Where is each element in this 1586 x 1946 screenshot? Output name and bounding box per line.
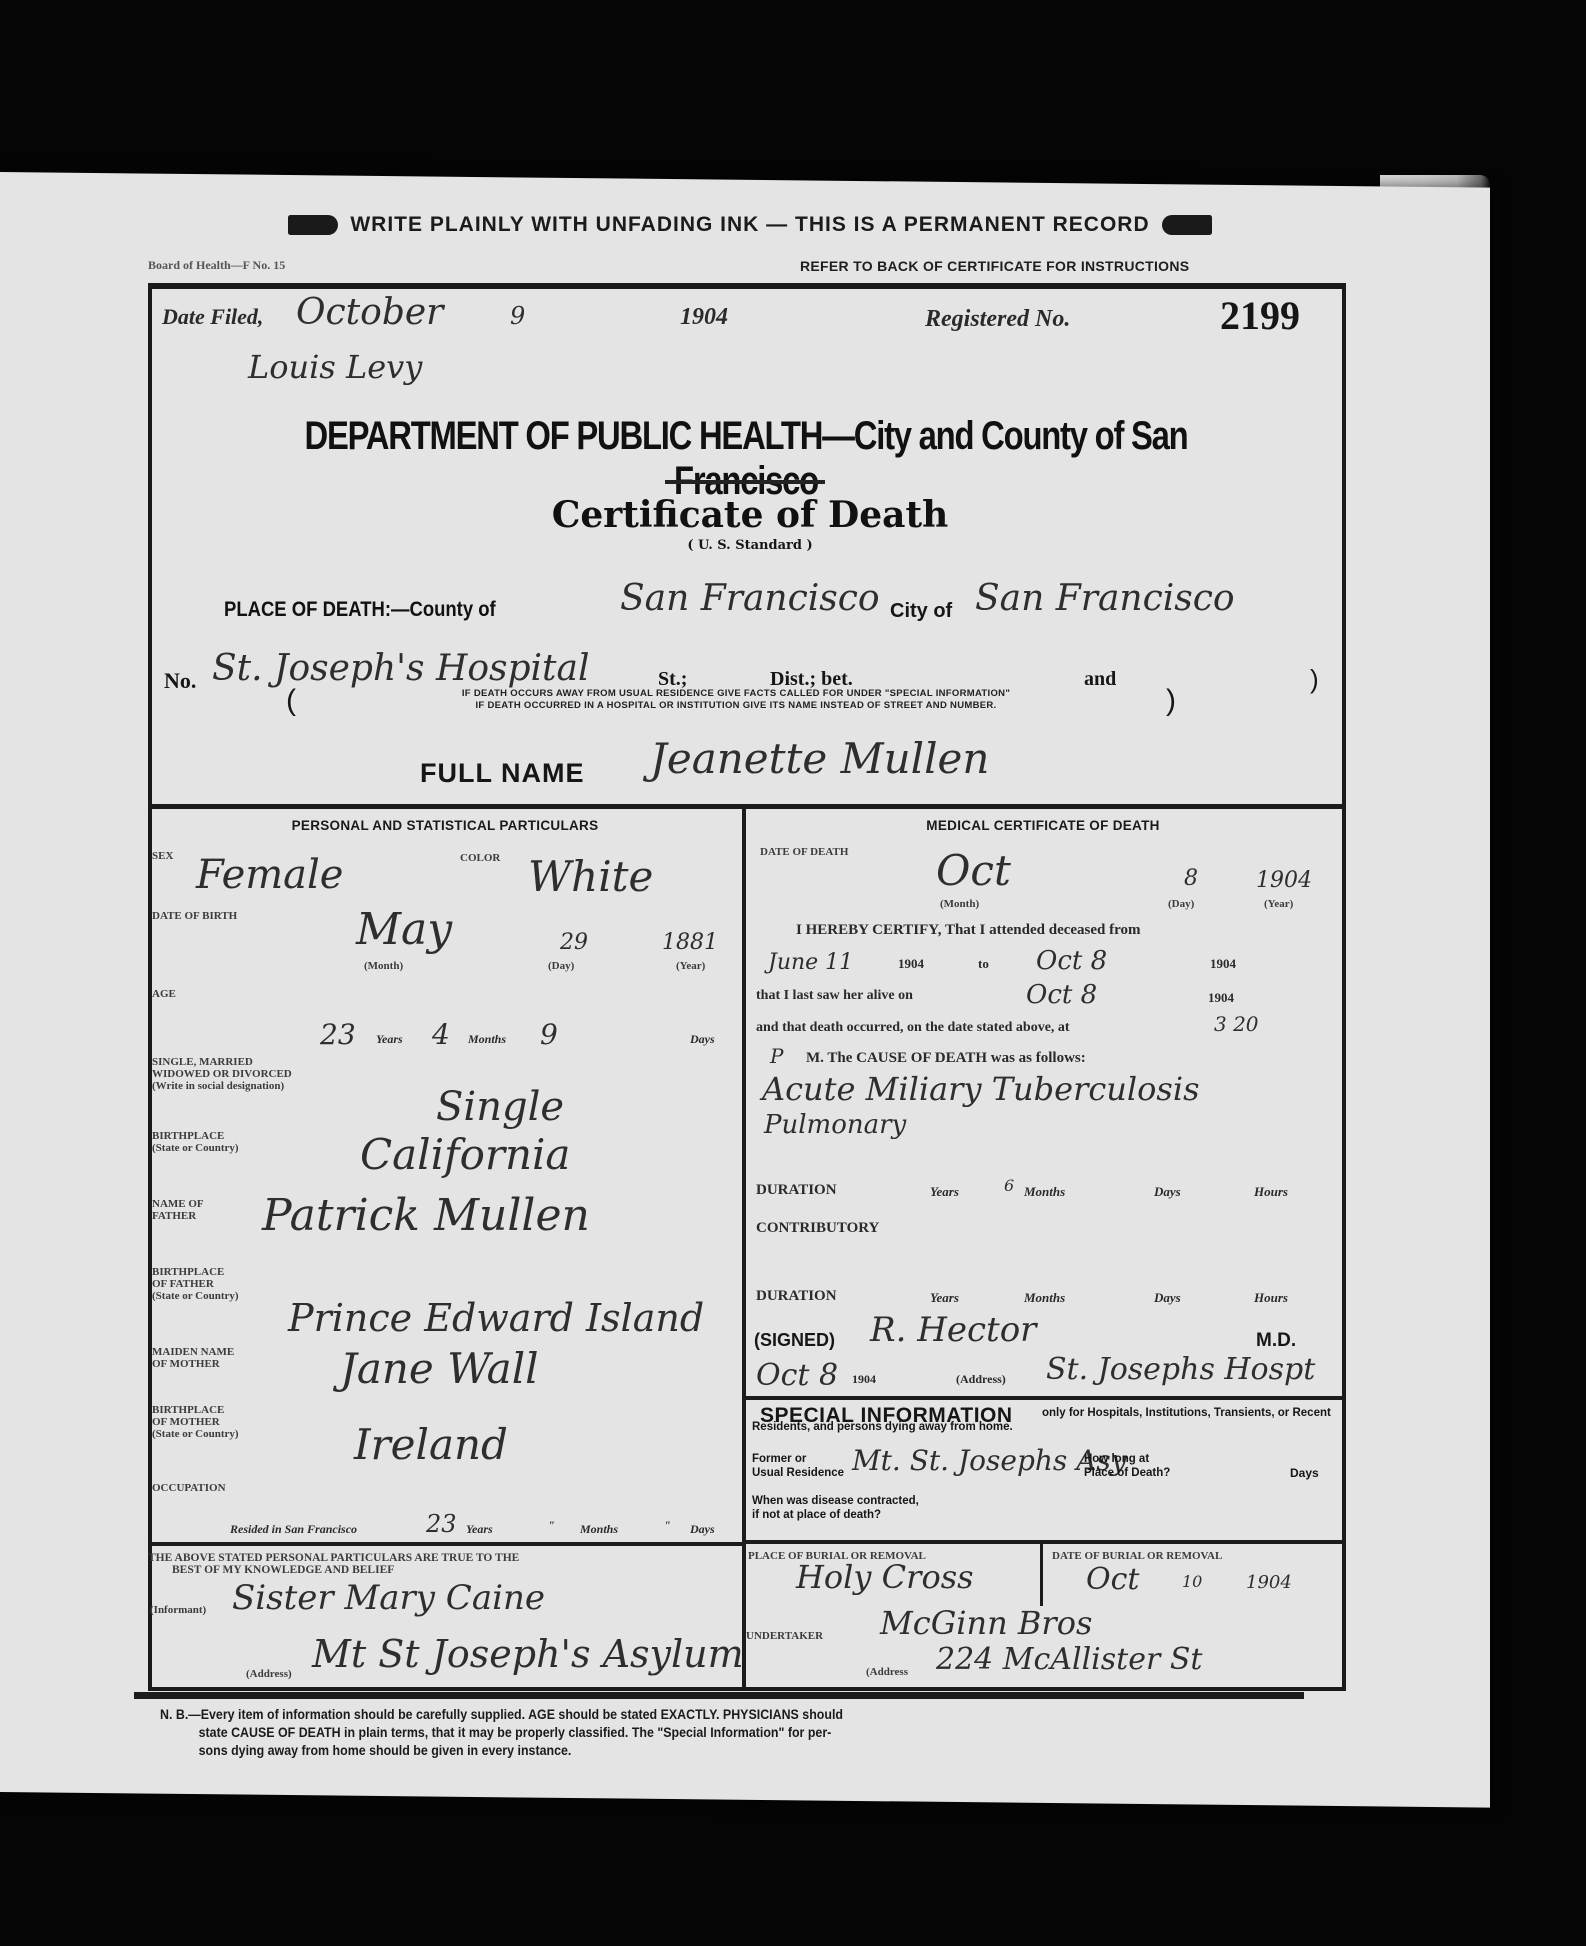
- footnote-line-1: Every item of information should be care…: [201, 1707, 843, 1722]
- pointing-hand-left-icon: [1162, 215, 1212, 235]
- burial-place-value: Holy Cross: [796, 1558, 974, 1596]
- date-filed-label: Date Filed,: [162, 304, 263, 330]
- resided-years-caption: Years: [466, 1522, 493, 1537]
- duration-hours-caption: Hours: [1254, 1184, 1288, 1200]
- place-no-label: No.: [164, 668, 196, 694]
- cause-text: M. The CAUSE OF DEATH was as follows:: [806, 1050, 1086, 1067]
- mother-name-label: MAIDEN NAME OF MOTHER: [152, 1346, 234, 1370]
- physician-signature: R. Hector: [870, 1310, 1036, 1350]
- place-close-paren: ): [1310, 664, 1319, 695]
- signed-label: (SIGNED): [754, 1330, 835, 1351]
- dob-day: 29: [560, 930, 588, 955]
- last-saw-year: 1904: [1208, 990, 1234, 1006]
- attended-to-year: 1904: [1210, 956, 1236, 972]
- undertaker-address-label: (Address: [866, 1666, 908, 1678]
- informant-label: (Informant): [150, 1604, 206, 1616]
- header-warning-text: WRITE PLAINLY WITH UNFADING INK — THIS I…: [350, 213, 1149, 236]
- footer-rule: [134, 1692, 1304, 1699]
- burial-date-month: Oct: [1086, 1562, 1139, 1597]
- attestation-line-2: BEST OF MY KNOWLEDGE AND BELIEF: [148, 1564, 738, 1576]
- place-city-label: City of: [890, 600, 952, 623]
- marital-label: SINGLE, MARRIED WIDOWED OR DIVORCED (Wri…: [152, 1056, 292, 1092]
- md-label: M.D.: [1256, 1330, 1296, 1352]
- residence-label: Former or Usual Residence: [752, 1452, 844, 1480]
- duration-years-caption: Years: [930, 1184, 959, 1200]
- undertaker-label: UNDERTAKER: [746, 1630, 823, 1642]
- certificate-title: Certificate of Death: [440, 494, 1060, 536]
- residence-label-line-1: Former or: [752, 1452, 844, 1466]
- color-value: White: [528, 852, 653, 901]
- mother-bp-label-line-1: BIRTHPLACE: [152, 1404, 239, 1416]
- dob-year: 1881: [662, 930, 718, 955]
- undertaker-address: 224 McAllister St: [936, 1642, 1202, 1677]
- place-institution: St. Joseph's Hospital: [212, 648, 590, 689]
- instruction-paren-right: ): [1166, 684, 1176, 718]
- occurred-text: and that death occurred, on the date sta…: [756, 1020, 1070, 1036]
- how-long-label-line-2: Place of Death?: [1084, 1466, 1170, 1480]
- residence-label-line-2: Usual Residence: [752, 1466, 844, 1480]
- place-city: San Francisco: [975, 578, 1235, 619]
- contributory-label: CONTRIBUTORY: [756, 1220, 879, 1237]
- marital-label-line-3: (Write in social designation): [152, 1080, 292, 1092]
- father-name-label: NAME OF FATHER: [152, 1198, 204, 1222]
- department-title: DEPARTMENT OF PUBLIC HEALTH—City and Cou…: [287, 414, 1205, 504]
- resided-days-caption: Days: [690, 1522, 715, 1537]
- marital-label-line-2: WIDOWED OR DIVORCED: [152, 1068, 292, 1080]
- resided-months-caption: Months: [580, 1522, 618, 1537]
- dob-day-caption: (Day): [548, 960, 574, 972]
- informant-address-label: (Address): [246, 1668, 292, 1680]
- birthplace-label: BIRTHPLACE (State or Country): [152, 1130, 239, 1154]
- special-info-subtitle: only for Hospitals, Institutions, Transi…: [752, 1406, 1337, 1434]
- duration2-label: DURATION: [756, 1288, 837, 1305]
- form-number: Board of Health—F No. 15: [148, 258, 285, 273]
- resided-days: ": [664, 1518, 671, 1533]
- registered-number: 2199: [1220, 292, 1300, 339]
- duration2-hours-caption: Hours: [1254, 1290, 1288, 1306]
- footnote-line-2: state CAUSE OF DEATH in plain terms, tha…: [160, 1724, 1154, 1742]
- age-label: AGE: [152, 988, 176, 1000]
- age-months: 4: [432, 1018, 450, 1051]
- undertaker-value: McGinn Bros: [880, 1604, 1092, 1642]
- instruction-paren-left: (: [286, 684, 296, 718]
- age-days-caption: Days: [690, 1032, 715, 1047]
- father-label-line-1: NAME OF: [152, 1198, 204, 1210]
- place-instructions: IF DEATH OCCURS AWAY FROM USUAL RESIDENC…: [296, 688, 1176, 712]
- registrar-signature: Louis Levy: [248, 348, 422, 386]
- personal-section-title: PERSONAL AND STATISTICAL PARTICULARS: [160, 818, 730, 833]
- attended-to: Oct 8: [1036, 946, 1107, 976]
- attestation-text: THE ABOVE STATED PERSONAL PARTICULARS AR…: [148, 1552, 738, 1576]
- date-filed-month: October: [296, 292, 443, 333]
- mother-birthplace-value: Ireland: [354, 1420, 508, 1469]
- father-bp-label-line-3: (State or Country): [152, 1290, 239, 1302]
- certify-text: I HEREBY CERTIFY, That I attended deceas…: [796, 922, 1141, 939]
- registered-label: Registered No.: [925, 306, 1070, 333]
- place-instruction-line-2: IF DEATH OCCURRED IN A HOSPITAL OR INSTI…: [296, 700, 1176, 712]
- header-warning: WRITE PLAINLY WITH UNFADING INK — THIS I…: [200, 213, 1300, 237]
- duration-label: DURATION: [756, 1182, 837, 1199]
- attestation-line-1: THE ABOVE STATED PERSONAL PARTICULARS AR…: [148, 1552, 738, 1564]
- death-meridiem: P: [770, 1044, 783, 1068]
- place-county: San Francisco: [620, 578, 880, 619]
- resided-years: 23: [426, 1510, 457, 1538]
- sex-value: Female: [196, 852, 343, 898]
- footnote-prefix: N. B.—: [160, 1707, 201, 1722]
- dod-day-caption: (Day): [1168, 898, 1194, 910]
- last-saw-date: Oct 8: [1026, 980, 1097, 1010]
- contracted-label: When was disease contracted, if not at p…: [752, 1494, 919, 1522]
- burial-date-year: 1904: [1246, 1572, 1292, 1593]
- cause-line-2: Pulmonary: [764, 1110, 906, 1140]
- physician-address-label: (Address): [956, 1372, 1006, 1387]
- special-divider: [744, 1396, 1344, 1400]
- footnote: N. B.—Every item of information should b…: [160, 1706, 1154, 1760]
- father-birthplace-label: BIRTHPLACE OF FATHER (State or Country): [152, 1266, 239, 1302]
- dob-year-caption: (Year): [676, 960, 705, 972]
- dod-year-caption: (Year): [1264, 898, 1293, 910]
- duration-days-caption: Days: [1154, 1184, 1181, 1200]
- dod-month: Oct: [936, 846, 1011, 895]
- contracted-label-line-1: When was disease contracted,: [752, 1494, 919, 1508]
- duration2-years-caption: Years: [930, 1290, 959, 1306]
- sex-label: SEX: [152, 850, 173, 862]
- mother-label-line-1: MAIDEN NAME: [152, 1346, 234, 1358]
- cause-line-1: Acute Miliary Tuberculosis: [762, 1070, 1199, 1108]
- burial-date-label: DATE of BURIAL or REMOVAL: [1052, 1550, 1222, 1562]
- age-years: 23: [320, 1018, 356, 1051]
- mother-label-line-2: OF MOTHER: [152, 1358, 234, 1370]
- dod-year: 1904: [1256, 868, 1312, 893]
- burial-date-day: 10: [1182, 1572, 1202, 1591]
- mother-birthplace-label: BIRTHPLACE OF MOTHER (State or Country): [152, 1404, 239, 1440]
- how-long-days-caption: Days: [1290, 1466, 1319, 1480]
- dod-month-caption: (Month): [940, 898, 979, 910]
- occupation-label: OCCUPATION: [152, 1482, 226, 1494]
- physician-address: St. Josephs Hospt: [1046, 1352, 1315, 1387]
- mother-bp-label-line-2: OF MOTHER: [152, 1416, 239, 1428]
- birthplace-label-line-1: BIRTHPLACE: [152, 1130, 239, 1142]
- birthplace-value: California: [360, 1130, 570, 1179]
- age-months-caption: Months: [468, 1032, 506, 1047]
- place-of-death-label: PLACE OF DEATH:—County of: [224, 598, 496, 622]
- column-divider: [742, 808, 746, 1690]
- full-name-label: FULL NAME: [420, 758, 585, 789]
- informant-address: Mt St Joseph's Asylum: [312, 1632, 744, 1676]
- dod-day: 8: [1184, 866, 1198, 891]
- contracted-label-line-2: if not at place of death?: [752, 1508, 919, 1522]
- attended-to-label: to: [978, 956, 989, 972]
- dob-label: DATE OF BIRTH: [152, 910, 237, 922]
- mother-name-value: Jane Wall: [340, 1344, 539, 1393]
- medical-section-title: MEDICAL CERTIFICATE OF DEATH: [748, 818, 1338, 833]
- dob-month: May: [356, 904, 452, 955]
- death-time: 3 20: [1214, 1012, 1259, 1036]
- title-rule: [665, 480, 825, 484]
- duration2-months-caption: Months: [1024, 1290, 1065, 1306]
- dod-label: DATE OF DEATH: [760, 846, 848, 858]
- last-saw-text: that I last saw her alive on: [756, 988, 913, 1004]
- resided-months: ": [548, 1518, 555, 1533]
- duration-months: 6: [1004, 1176, 1014, 1195]
- father-bp-label-line-1: BIRTHPLACE: [152, 1266, 239, 1278]
- certificate-standard: ( U. S. Standard ): [440, 538, 1060, 553]
- age-days: 9: [540, 1018, 558, 1051]
- place-instruction-line-1: IF DEATH OCCURS AWAY FROM USUAL RESIDENC…: [296, 688, 1176, 700]
- how-long-label-line-1: How long at: [1084, 1452, 1170, 1466]
- dob-month-caption: (Month): [364, 960, 403, 972]
- birthplace-label-line-2: (State or Country): [152, 1142, 239, 1154]
- attended-from-year: 1904: [898, 956, 924, 972]
- informant-divider: [148, 1542, 744, 1546]
- full-name-value: Jeanette Mullen: [650, 734, 989, 783]
- duration2-days-caption: Days: [1154, 1290, 1181, 1306]
- father-name-value: Patrick Mullen: [262, 1190, 590, 1241]
- date-filed-year: 1904: [680, 304, 728, 331]
- duration-months-caption: Months: [1024, 1184, 1065, 1200]
- date-filed-day: 9: [510, 302, 525, 330]
- burial-divider: [744, 1540, 1344, 1544]
- father-birthplace-value: Prince Edward Island: [288, 1296, 704, 1340]
- father-bp-label-line-2: OF FATHER: [152, 1278, 239, 1290]
- signed-year: 1904: [852, 1372, 876, 1387]
- pointing-hand-right-icon: [288, 215, 338, 235]
- burial-column-divider: [1040, 1544, 1043, 1606]
- attended-from: June 11: [768, 950, 853, 975]
- age-years-caption: Years: [376, 1032, 403, 1047]
- signed-date: Oct 8: [756, 1358, 838, 1393]
- father-label-line-2: FATHER: [152, 1210, 204, 1222]
- section-divider: [148, 804, 1346, 809]
- marital-value: Single: [436, 1084, 564, 1130]
- refer-instructions: REFER TO BACK OF CERTIFICATE FOR INSTRUC…: [800, 258, 1189, 274]
- resided-label: Resided in San Francisco: [230, 1522, 357, 1537]
- how-long-label: How long at Place of Death?: [1084, 1452, 1170, 1480]
- mother-bp-label-line-3: (State or Country): [152, 1428, 239, 1440]
- color-label: COLOR: [460, 852, 500, 864]
- footnote-line-3: sons dying away from home should be give…: [160, 1742, 1154, 1760]
- informant-name: Sister Mary Caine: [232, 1578, 545, 1618]
- marital-label-line-1: SINGLE, MARRIED: [152, 1056, 292, 1068]
